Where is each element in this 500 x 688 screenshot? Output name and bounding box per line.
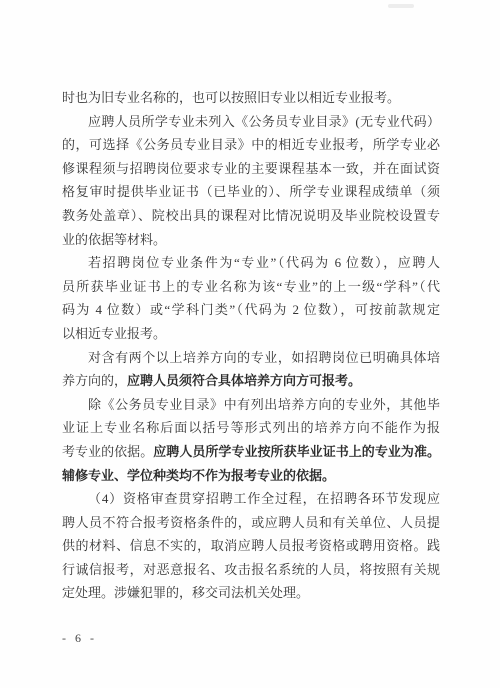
text-segment: 的，可选择《公务员专业目录》中的相近专业报考，所学专业必	[62, 137, 440, 152]
text-line: 对含有两个以上培养方向的专业，如招聘岗位已明确具体培	[62, 346, 440, 370]
text-segment: 业证上专业名称后面以括号等形式列出的培养方向不能作为报	[62, 420, 440, 435]
text-segment: 养方向的，	[62, 373, 127, 388]
text-line: 格复审时提供毕业证书（已毕业的）、所学专业课程成绩单（须	[62, 180, 440, 204]
text-line: 修课程须与招聘岗位要求专业的主要课程基本一致，并在面试资	[62, 157, 440, 181]
text-segment: 修课程须与招聘岗位要求专业的主要课程基本一致，并在面试资	[62, 161, 440, 176]
text-segment: 业的依据等材料。	[62, 232, 166, 247]
text-line: 供的材料、信息不实的，取消应聘人员报考资格或聘用资格。践	[62, 534, 440, 558]
text-segment: 员所获毕业证书上的专业名称为该“专业”的上一级“学科”（代	[62, 279, 440, 294]
scan-artifact	[388, 4, 414, 8]
text-segment: （4）资格审查贯穿招聘工作全过程，在招聘各环节发现应	[88, 491, 440, 506]
text-segment: 应聘人员所学专业未列入《公务员专业目录》(无专业代码）	[88, 114, 440, 129]
text-line: 若招聘岗位专业条件为“专业”（代码为 6 位数），应聘人	[62, 251, 440, 275]
text-line: 业的依据等材料。	[62, 228, 440, 252]
text-segment: 码为 4 位数）或“学科门类”（代码为 2 位数），可按前款规定	[62, 302, 440, 317]
text-line: 行诚信报考，对恶意报名、攻击报名系统的人员，将按照有关规	[62, 558, 440, 582]
text-segment: 供的材料、信息不实的，取消应聘人员报考资格或聘用资格。践	[62, 538, 440, 553]
text-line: 除《公务员专业目录》中有列出培养方向的专业外，其他毕	[62, 393, 440, 417]
text-segment: 以相近专业报考。	[62, 326, 166, 341]
text-segment: 对含有两个以上培养方向的专业，如招聘岗位已明确具体培	[88, 350, 440, 365]
text-line: （4）资格审查贯穿招聘工作全过程，在招聘各环节发现应	[62, 487, 440, 511]
text-segment: 格复审时提供毕业证书（已毕业的）、所学专业课程成绩单（须	[62, 184, 440, 199]
text-line: 员所获毕业证书上的专业名称为该“专业”的上一级“学科”（代	[62, 275, 440, 299]
text-segment-bold: 应聘人员所学专业按所获毕业证书上的专业为准。	[153, 444, 440, 459]
text-segment: 教务处盖章）、院校出具的课程对比情况说明及毕业院校设置专	[62, 208, 440, 223]
text-segment: 考专业的依据。	[62, 444, 153, 459]
text-segment: 除《公务员专业目录》中有列出培养方向的专业外，其他毕	[88, 397, 440, 412]
document-body: 时也为旧专业名称的，也可以按照旧专业以相近专业报考。应聘人员所学专业未列入《公务…	[62, 86, 440, 605]
page-number: - 6 -	[62, 630, 97, 646]
text-segment: 行诚信报考，对恶意报名、攻击报名系统的人员，将按照有关规	[62, 562, 440, 577]
text-segment-bold: 辅修专业、学位种类均不作为报考专业的依据。	[62, 468, 335, 483]
text-segment: 定处理。涉嫌犯罪的，移交司法机关处理。	[62, 585, 309, 600]
text-segment: 时也为旧专业名称的，也可以按照旧专业以相近专业报考。	[62, 90, 400, 105]
text-segment: 若招聘岗位专业条件为“专业”（代码为 6 位数），应聘人	[88, 255, 440, 270]
text-line: 养方向的，应聘人员须符合具体培养方向方可报考。	[62, 369, 440, 393]
text-segment: 聘人员不符合报考资格条件的，或应聘人员和有关单位、人员提	[62, 515, 440, 530]
text-line: 教务处盖章）、院校出具的课程对比情况说明及毕业院校设置专	[62, 204, 440, 228]
text-line: 的，可选择《公务员专业目录》中的相近专业报考，所学专业必	[62, 133, 440, 157]
text-line: 定处理。涉嫌犯罪的，移交司法机关处理。	[62, 581, 440, 605]
text-segment-bold: 应聘人员须符合具体培养方向方可报考。	[127, 373, 361, 388]
text-line: 应聘人员所学专业未列入《公务员专业目录》(无专业代码）	[62, 110, 440, 134]
text-line: 辅修专业、学位种类均不作为报考专业的依据。	[62, 464, 440, 488]
document-page: 时也为旧专业名称的，也可以按照旧专业以相近专业报考。应聘人员所学专业未列入《公务…	[0, 0, 500, 688]
text-line: 以相近专业报考。	[62, 322, 440, 346]
text-line: 业证上专业名称后面以括号等形式列出的培养方向不能作为报	[62, 416, 440, 440]
text-line: 聘人员不符合报考资格条件的，或应聘人员和有关单位、人员提	[62, 511, 440, 535]
text-line: 考专业的依据。应聘人员所学专业按所获毕业证书上的专业为准。	[62, 440, 440, 464]
text-line: 码为 4 位数）或“学科门类”（代码为 2 位数），可按前款规定	[62, 298, 440, 322]
text-line: 时也为旧专业名称的，也可以按照旧专业以相近专业报考。	[62, 86, 440, 110]
